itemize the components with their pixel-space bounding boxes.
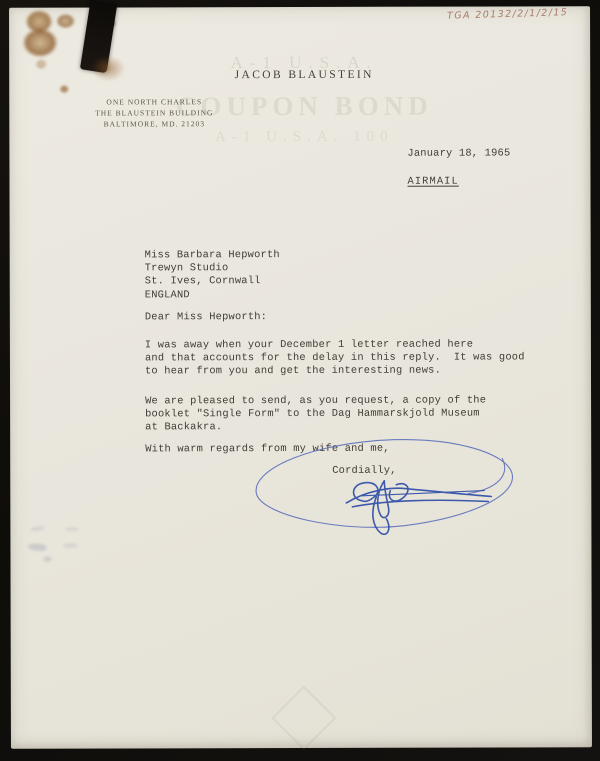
letter-paper: A-1 U.S.A. COUPON BOND A-1 U.S.A. 100 TG… <box>9 6 592 749</box>
letterhead-address-line: THE BLAUSTEIN BUILDING <box>79 107 229 118</box>
smudge-mark <box>28 543 47 551</box>
recipient-line: Trewyn Studio <box>145 262 280 276</box>
letterhead-address-line: ONE NORTH CHARLES <box>79 96 229 107</box>
body-line: and that accounts for the delay in this … <box>145 352 525 366</box>
letterhead-name: JACOB BLAUSTEIN <box>9 68 599 82</box>
body-line: booklet "Single Form" to the Dag Hammars… <box>145 408 486 422</box>
closing: Cordially, <box>332 465 396 477</box>
body-line: With warm regards from my wife and me, <box>145 443 390 457</box>
salutation: Dear Miss Hepworth: <box>145 311 267 323</box>
smudge-mark <box>43 557 51 562</box>
stain <box>60 86 68 93</box>
letterhead-address: ONE NORTH CHARLES THE BLAUSTEIN BUILDING… <box>79 96 229 129</box>
smudge-mark <box>63 544 77 548</box>
stain <box>36 60 46 69</box>
watermark-emblem <box>271 685 336 750</box>
airmail-label: AIRMAIL <box>407 176 458 188</box>
letterhead-address-line: BALTIMORE, MD. 21203 <box>79 118 229 129</box>
recipient-address: Miss Barbara Hepworth Trewyn Studio St. … <box>145 249 280 302</box>
letter-date: January 18, 1965 <box>407 147 510 159</box>
body-paragraph: With warm regards from my wife and me, <box>145 443 390 457</box>
body-line: to hear from you and get the interesting… <box>145 365 525 379</box>
body-line: at Backakra. <box>145 421 486 435</box>
body-paragraph: We are pleased to send, as you request, … <box>145 395 486 436</box>
smudge-mark <box>30 526 44 532</box>
smudge-mark <box>65 528 78 531</box>
letter-scan: A-1 U.S.A. COUPON BOND A-1 U.S.A. 100 TG… <box>0 0 600 761</box>
recipient-line: Miss Barbara Hepworth <box>145 249 280 263</box>
body-line: I was away when your December 1 letter r… <box>145 338 525 352</box>
recipient-line: St. Ives, Cornwall <box>145 275 280 289</box>
stain <box>22 28 58 58</box>
recipient-line: ENGLAND <box>145 289 280 303</box>
stain <box>56 14 75 29</box>
body-line: We are pleased to send, as you request, … <box>145 395 486 409</box>
watermark-line: A-1 U.S.A. 100 <box>9 128 599 147</box>
body-paragraph: I was away when your December 1 letter r… <box>145 338 525 379</box>
archive-reference: TGA 20132/2/1/2/15 <box>447 6 597 22</box>
